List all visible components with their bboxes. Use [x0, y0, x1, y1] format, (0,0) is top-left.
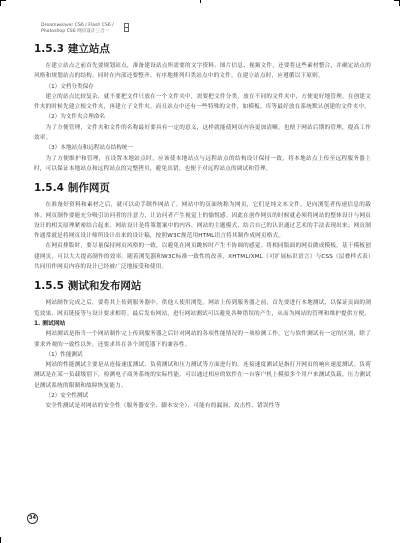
- section-heading-1-5-4: 1.5.4制作网页: [34, 181, 371, 195]
- section-number: 1.5.4: [34, 182, 64, 194]
- section-number: 1.5.5: [34, 280, 64, 292]
- section-title: 制作网页: [68, 182, 110, 194]
- subheading: （1）性能测试: [34, 350, 371, 360]
- subheading: （3）本地站点和远程站点结构统一: [34, 143, 371, 153]
- subheading: （1）文档分类保存: [34, 82, 371, 92]
- paragraph: 安全性测试是对网站的安全性（服务器安全、脚本安全）、可能有的漏洞、攻击性、错误性…: [34, 401, 371, 411]
- subheading: （2）为文件夹合理命名: [34, 112, 371, 122]
- section-number: 1.5.3: [34, 43, 64, 55]
- paragraph: 在准备好资料和素材之后，就可以动手制作网站了。网站中的页面统称为网页，它们是纯文…: [34, 200, 371, 241]
- section-title: 建立站点: [68, 43, 110, 55]
- section-heading-1-5-5: 1.5.5测试和发布网站: [34, 279, 371, 293]
- paragraph: 网站的性能测试主要是从连接速度测试、负荷测试和压力测试等方面进行的。连接速度测试…: [34, 360, 371, 391]
- section-heading-1-5-3: 1.5.3建立站点: [34, 42, 371, 56]
- running-head: Dreamweaver CS6 / Flash CS6 / Photoshop …: [41, 23, 114, 35]
- page-body: 1.5.3建立站点 在建立站点之前首先要规划站点，准备建设站点所需要的文字资料、…: [34, 42, 371, 412]
- book-tab-icon: [124, 23, 129, 32]
- subheading: （2）安全性测试: [34, 391, 371, 401]
- paragraph: 网站测试是指当一个网站制作完上传到服务器之后针对网站的各项性能情况的一项检测工作…: [34, 329, 371, 350]
- section-title: 测试和发布网站: [68, 280, 142, 292]
- crop-mark: [200, 0, 201, 3]
- paragraph: 为了方便维护和管理，在设置本地站点时，应该使本地站点与远程站点的结构设计保持一致…: [34, 154, 371, 175]
- paragraph: 在网页排版时，要尽量保持网页风格的一致，以避免在网页跳转时产生不协调的感觉。将相…: [34, 241, 371, 272]
- paragraph: 在建立站点之前首先要规划站点，准备建设站点所需要的文字资料、图片信息、视频文件，…: [34, 61, 371, 82]
- page-number: 34: [27, 513, 38, 524]
- crop-mark: [0, 0, 1, 6]
- paragraph: 建立的站点比较复杂，就不要把文件只放在一个文件夹中，需要把文件分类，放在不同的文…: [34, 92, 371, 113]
- running-head-line2: Photoshop CS6 网页设计三合一: [41, 29, 114, 35]
- paragraph: 网站制作完成之后，要将其上传到服务器中，供他人使用浏览。网站上传到服务器之前，首…: [34, 298, 371, 319]
- subsection-heading: 1. 测试网站: [34, 319, 371, 329]
- crop-mark: [0, 537, 1, 543]
- paragraph: 为了方便管理，文件夹和文件的名称最好要具有一定的意义，这样就能使网页内容更加清晰…: [34, 123, 371, 144]
